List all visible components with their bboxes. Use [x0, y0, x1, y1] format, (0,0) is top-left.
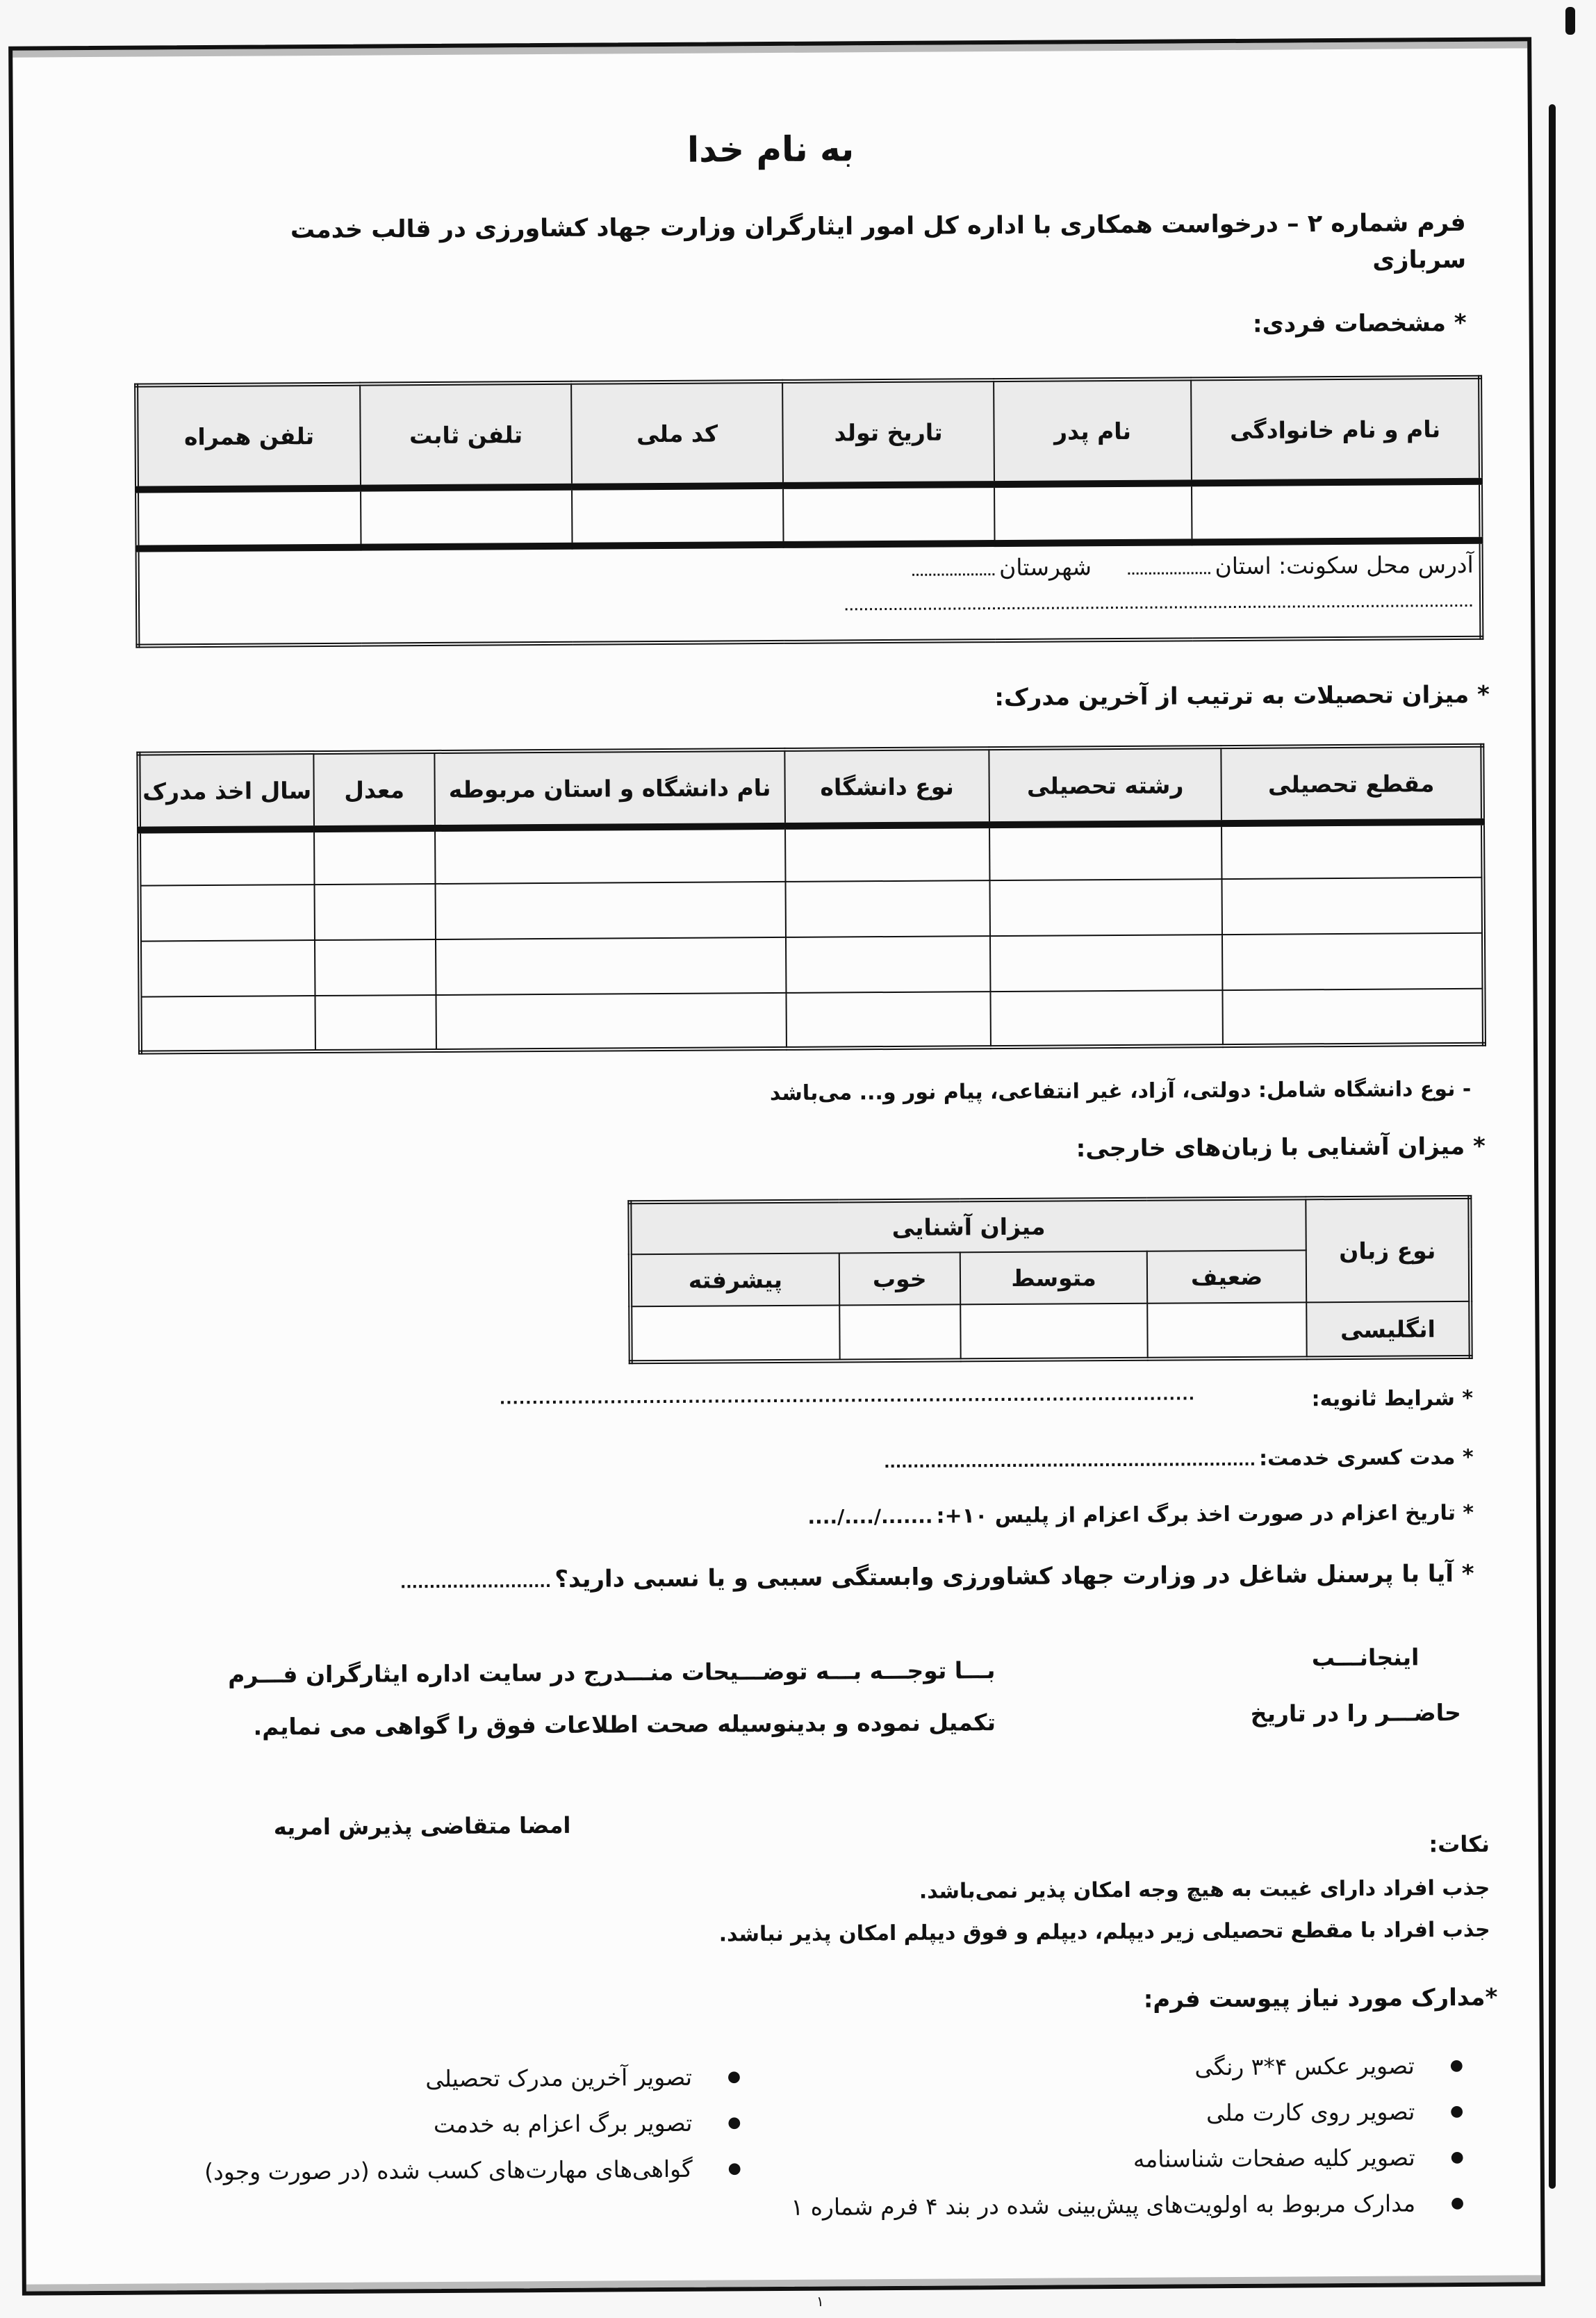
degree-field[interactable]: [1221, 822, 1483, 879]
mobile-field[interactable]: [137, 488, 361, 549]
col-graduation-year: سال اخذ مدرک: [138, 753, 314, 830]
scan-edge-mark: [1549, 104, 1556, 2189]
documents-heading: *مدارک مورد نیاز پیوست فرم:: [1144, 1984, 1498, 2014]
document-item: تصویر کلیه صفحات شناسنامه: [791, 2135, 1464, 2185]
gpa-field[interactable]: [314, 828, 435, 885]
city-label: شهرستان: [999, 553, 1092, 581]
field-field[interactable]: [989, 879, 1221, 936]
language-english: انگلیسی: [1306, 1301, 1470, 1358]
secondary-conditions-field[interactable]: ........................................…: [500, 1386, 1195, 1408]
documents-list-right: تصویر عکس ۴*۳ رنگی تصویر روی کارت ملی تص…: [790, 2043, 1464, 2230]
address-cell: آدرس محل سکونت: استان ..................…: [138, 541, 1482, 646]
documents-list-left: تصویر آخرین مدرک تحصیلی تصویر برگ اعزام …: [204, 2054, 741, 2195]
col-national-code: کد ملی: [571, 381, 783, 487]
field-field[interactable]: [990, 935, 1222, 992]
note-item: جذب افراد با مقطع تحصیلی زیر دیپلم، دیپل…: [719, 1918, 1490, 1947]
graduation-year-field[interactable]: [140, 885, 315, 942]
declaration-line2: تکمیل نموده و بدینوسیله صحت اطلاعات فوق …: [253, 1709, 996, 1741]
graduation-year-field[interactable]: [140, 940, 315, 997]
secondary-conditions-label: * شرایط ثانویه:: [1311, 1386, 1473, 1411]
degree-field[interactable]: [1222, 933, 1483, 990]
service-reduction-label: * مدت کسری خدمت:: [1259, 1445, 1474, 1471]
col-university-name: نام دانشگاه و استان مربوطه: [434, 750, 785, 828]
personal-info-table: نام و نام خانوادگی نام پدر تاریخ تولد کد…: [134, 375, 1483, 648]
university-type-field[interactable]: [785, 825, 989, 882]
relatives-answer-field[interactable]: ..........................: [400, 1574, 551, 1592]
service-reduction-field[interactable]: ........................................…: [884, 1452, 1256, 1472]
gpa-field[interactable]: [315, 884, 436, 940]
education-row: [140, 989, 1483, 1053]
university-name-field[interactable]: [436, 993, 786, 1051]
col-fullname: نام و نام خانوادگی: [1191, 377, 1481, 484]
university-type-field[interactable]: [786, 936, 990, 993]
university-type-field[interactable]: [785, 880, 989, 937]
declaration-line1: بـــا توجـــه بـــه توضـــیحات منـــدرج …: [147, 1657, 995, 1688]
field-field[interactable]: [989, 823, 1221, 880]
col-father-name: نام پدر: [994, 379, 1192, 484]
declaration-date-label: حاضـــر را در تاریخ: [1251, 1699, 1461, 1727]
scan-edge-mark: [1565, 7, 1575, 35]
secondary-conditions: * شرایط ثانویه: ........................…: [500, 1386, 1473, 1417]
english-good-field[interactable]: [839, 1304, 961, 1361]
education-row: [139, 822, 1483, 886]
field-field[interactable]: [990, 990, 1222, 1047]
relatives-question: * آیا با پرسنل شاغل در وزارت جهاد کشاورز…: [400, 1560, 1474, 1594]
document-item: مدارک مربوط به اولویت‌های پیش‌بینی شده د…: [791, 2180, 1464, 2230]
form-title: فرم شماره ۲ – درخواست همکاری با اداره کل…: [271, 205, 1467, 286]
bismillah-heading: به نام خدا: [13, 124, 1528, 174]
gpa-field[interactable]: [315, 995, 436, 1051]
declaration-i: اینجانـــب: [1312, 1643, 1420, 1671]
page-number: ۱: [816, 2293, 824, 2310]
col-landline: تلفن ثابت: [360, 383, 572, 488]
university-type-note: - نوع دانشگاه شامل: دولتی، آزاد، غیر انت…: [770, 1077, 1472, 1105]
level-advanced: پیشرفته: [630, 1253, 839, 1306]
address-line-field[interactable]: ........................................…: [758, 596, 1474, 614]
dispatch-date: * تاریخ اعزام در صورت اخذ برگ اعزام از پ…: [807, 1501, 1474, 1529]
degree-field[interactable]: [1221, 878, 1483, 935]
document-item: تصویر برگ اعزام به خدمت: [204, 2100, 741, 2149]
languages-heading: * میزان آشنایی با زبان‌های خارجی:: [1076, 1133, 1486, 1163]
university-name-field[interactable]: [436, 882, 786, 939]
dispatch-date-field[interactable]: ..../..../.......: [807, 1505, 932, 1529]
document-item: گواهی‌های مهارت‌های کسب شده (در صورت وجو…: [204, 2146, 741, 2195]
gpa-field[interactable]: [315, 939, 436, 996]
university-name-field[interactable]: [436, 937, 786, 995]
col-mobile: تلفن همراه: [136, 384, 361, 490]
service-reduction: * مدت کسری خدمت: .......................…: [884, 1445, 1474, 1473]
english-medium-field[interactable]: [960, 1304, 1148, 1361]
city-field[interactable]: ....................: [911, 565, 996, 579]
english-advanced-field[interactable]: [630, 1305, 839, 1362]
education-row: [140, 878, 1483, 942]
note-item: جذب افراد دارای غیبت به هیچ وجه امکان پذ…: [919, 1876, 1490, 1904]
english-weak-field[interactable]: [1147, 1302, 1306, 1358]
col-university-type: نوع دانشگاه: [784, 748, 989, 826]
notes-heading: نکات:: [1429, 1831, 1490, 1858]
level-medium: متوسط: [960, 1251, 1148, 1305]
university-type-field[interactable]: [786, 992, 990, 1049]
level-weak: ضعیف: [1147, 1250, 1306, 1303]
national-code-field[interactable]: [572, 486, 784, 546]
col-language-type: نوع زبان: [1306, 1197, 1470, 1302]
col-degree: مقطع تحصیلی: [1221, 746, 1483, 823]
landline-field[interactable]: [361, 487, 573, 548]
document-item: تصویر آخرین مدرک تحصیلی: [204, 2054, 741, 2103]
degree-field[interactable]: [1222, 989, 1483, 1046]
graduation-year-field[interactable]: [140, 996, 315, 1053]
level-good: خوب: [839, 1252, 961, 1305]
personal-info-heading: * مشخصات فردی:: [1253, 309, 1467, 338]
languages-table: نوع زبان میزان آشنایی ضعیف متوسط خوب پیش…: [627, 1195, 1472, 1364]
document-item: تصویر روی کارت ملی: [790, 2089, 1463, 2139]
form-page: به نام خدا فرم شماره ۲ – درخواست همکاری …: [8, 37, 1545, 2295]
col-birth-date: تاریخ تولد: [782, 380, 994, 486]
education-row: [140, 933, 1483, 997]
signature-label: امضا متقاضی پذیرش امریه: [274, 1812, 571, 1841]
birth-date-field[interactable]: [783, 484, 995, 545]
graduation-year-field[interactable]: [139, 829, 314, 886]
col-field: رشته تحصیلی: [989, 747, 1221, 825]
father-name-field[interactable]: [994, 483, 1192, 543]
document-item: تصویر عکس ۴*۳ رنگی: [790, 2043, 1463, 2093]
education-table: مقطع تحصیلی رشته تحصیلی نوع دانشگاه نام …: [136, 743, 1486, 1055]
language-row: انگلیسی: [630, 1301, 1470, 1362]
col-gpa: معدل: [313, 752, 435, 829]
education-heading: * میزان تحصیلات به ترتیب از آخرین مدرک:: [994, 681, 1490, 712]
relatives-question-label: * آیا با پرسنل شاغل در وزارت جهاد کشاورز…: [554, 1560, 1474, 1593]
university-name-field[interactable]: [435, 826, 785, 884]
col-proficiency-group: میزان آشنایی: [630, 1198, 1306, 1254]
fullname-field[interactable]: [1192, 482, 1481, 543]
province-field[interactable]: ....................: [1127, 564, 1212, 577]
dispatch-date-label: * تاریخ اعزام در صورت اخذ برگ اعزام از پ…: [936, 1501, 1474, 1529]
address-province-label: آدرس محل سکونت: استان: [1215, 551, 1473, 579]
